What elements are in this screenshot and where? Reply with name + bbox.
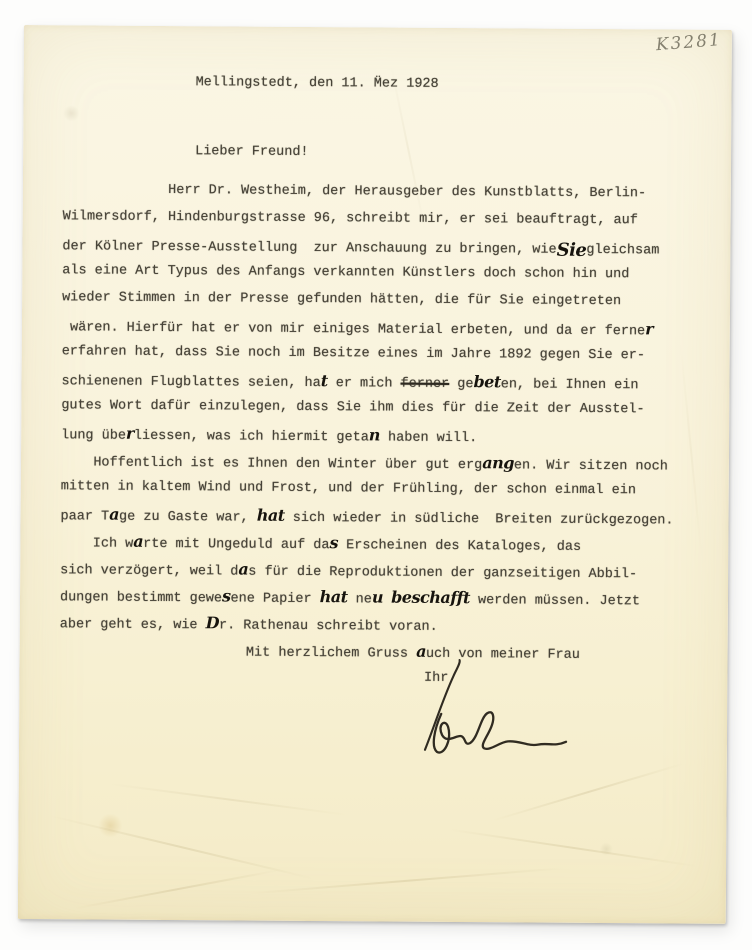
struck-out-text: ferner bbox=[401, 377, 450, 392]
paper-crease bbox=[248, 867, 567, 895]
typed-text: ene Papier bbox=[230, 591, 319, 607]
typed-text: en, bei Ihnen ein bbox=[501, 377, 639, 393]
handwritten-correction: r bbox=[126, 424, 134, 443]
typed-text: Ich w bbox=[60, 536, 133, 552]
letter-salutation: Lieber Freund! bbox=[195, 138, 309, 166]
paper-crease bbox=[493, 762, 685, 821]
typed-text: en. Wir sitzen noch bbox=[514, 458, 668, 474]
handwritten-correction: s bbox=[329, 533, 338, 552]
typed-text: schienenen Flugblattes seien, ha bbox=[61, 374, 320, 391]
handwritten-correction: beschafft bbox=[391, 588, 470, 608]
paper-crease bbox=[109, 783, 347, 816]
handwritten-insertion: Sie bbox=[557, 240, 587, 261]
letter-paper: K3281 Mellingstedt, den 11. M̈ez 1928 Li… bbox=[18, 25, 732, 924]
typed-text: Herr Dr. Westheim, der Herausgeber des K… bbox=[63, 182, 646, 201]
letter-body: Herr Dr. Westheim, der Herausgeber des K… bbox=[59, 176, 693, 693]
handwritten-correction: a bbox=[133, 532, 143, 551]
handwritten-correction: hat bbox=[320, 587, 348, 606]
handwritten-correction: D bbox=[206, 613, 220, 632]
typed-text: Hoffentlich ist es Ihnen den Winter über… bbox=[61, 455, 482, 473]
typed-text: mitten in kaltem Wind und Frost, und der… bbox=[61, 479, 636, 498]
typed-text: er mich bbox=[328, 376, 401, 392]
paper-crease bbox=[75, 869, 282, 910]
typed-text: ne bbox=[348, 592, 372, 607]
typed-text: ge zu Gaste war, bbox=[119, 510, 257, 526]
letter-dateline: Mellingstedt, den 11. M̈ez 1928 bbox=[196, 69, 439, 98]
handwritten-correction: a bbox=[238, 560, 248, 579]
typed-text: werden müssen. Jetzt bbox=[470, 593, 640, 609]
handwritten-correction: bet bbox=[473, 372, 500, 391]
typed-text: liessen, was ich hiermit geta bbox=[134, 429, 369, 446]
typed-text: ge bbox=[449, 377, 473, 392]
typed-text: erfahren hat, dass Sie noch im Besitze e… bbox=[62, 344, 645, 363]
handwritten-correction: s bbox=[222, 586, 231, 605]
typed-text: r. Rathenau schreibt voran. bbox=[219, 618, 438, 635]
handwritten-correction: u bbox=[372, 587, 383, 606]
typed-text: Wilmersdorf, Hindenburgstrasse 96, schre… bbox=[63, 209, 638, 228]
typed-text: dungen bestimmt gewe bbox=[60, 590, 222, 606]
typed-text bbox=[383, 593, 391, 608]
typed-text: wieder Stimmen in der Presse gefunden hä… bbox=[62, 290, 621, 309]
typed-text: lung übe bbox=[61, 428, 126, 443]
typed-text: rte mit Ungeduld auf da bbox=[143, 537, 329, 553]
handwritten-correction: hat bbox=[257, 506, 285, 525]
handwritten-correction: n bbox=[369, 425, 380, 444]
handwritten-correction: r bbox=[645, 319, 653, 338]
handwritten-correction: ang bbox=[482, 453, 514, 472]
typed-text: aber geht es, wie bbox=[60, 617, 206, 633]
typed-text: s für die Reproduktionen der ganzseitige… bbox=[248, 565, 637, 583]
archive-number-pencil: K3281 bbox=[655, 30, 722, 55]
typed-text: haben will. bbox=[380, 430, 477, 446]
typed-text: wären. Hierfür hat er von mir einiges Ma… bbox=[62, 320, 645, 339]
paper-crease bbox=[449, 829, 697, 867]
typed-text: paar T bbox=[61, 509, 110, 524]
typed-text: gleichsam bbox=[586, 243, 659, 259]
paper-crease bbox=[50, 815, 313, 880]
typed-text: sich verzögert, weil d bbox=[60, 563, 238, 579]
typed-text: Erscheinen des Kataloges, das bbox=[338, 538, 581, 555]
typed-text: als eine Art Typus des Anfangs verkannte… bbox=[62, 263, 629, 282]
typed-text: Mit herzlichem Gruss bbox=[60, 644, 417, 661]
typed-text: gutes Wort dafür einzulegen, dass Sie ih… bbox=[61, 398, 644, 417]
signature-autograph bbox=[387, 656, 598, 762]
typed-text: der Kölner Presse-Ausstellung zur Anscha… bbox=[62, 239, 556, 257]
typed-text: sich wieder in südliche Breiten zurückge… bbox=[285, 511, 674, 529]
